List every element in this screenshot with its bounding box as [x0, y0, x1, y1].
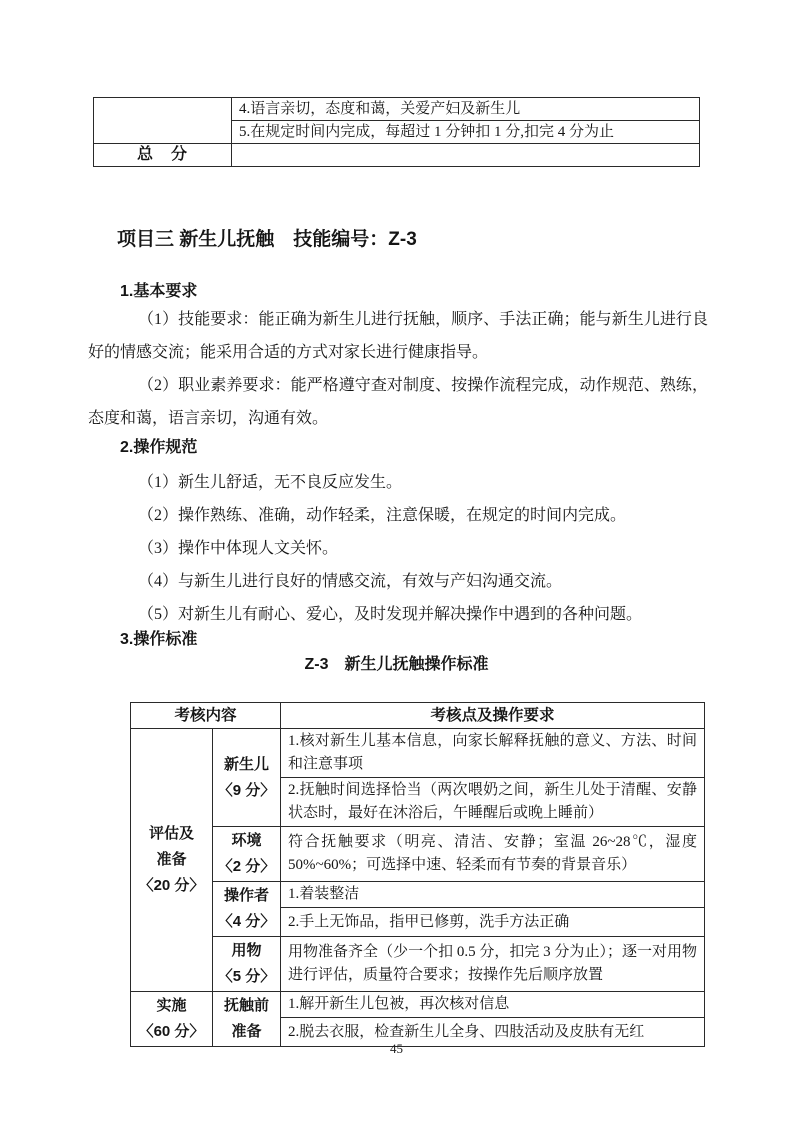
page-number: 45 — [0, 1041, 793, 1057]
cell-newborn-1: 1.核对新生儿基本信息，向家长解释抚触的意义、方法、时间和注意事项 — [281, 729, 705, 778]
header-requirements-cell: 考核点及操作要求 — [281, 703, 705, 729]
group-label-implement: 实施 〈60 分〉 — [131, 992, 213, 1047]
group-label-assess: 评估及 准备 〈20 分〉 — [131, 729, 213, 992]
cell-pretouch-1: 1.解开新生儿包被，再次核对信息 — [281, 992, 705, 1018]
section1-para1: （1）技能要求：能正确为新生儿进行抚触，顺序、手法正确；能与新生儿进行良好的情感… — [88, 303, 708, 369]
section2-item-list: （1）新生儿舒适，无不良反应发生。 （2）操作熟练、准确，动作轻柔，注意保暖，在… — [88, 466, 728, 631]
total-score-label: 总 分 — [94, 144, 232, 167]
group-label-pretouch: 抚触前 准备 — [213, 992, 281, 1047]
section2-heading: 2.操作规范 — [120, 436, 197, 460]
cell-operator-2: 2.手上无饰品，指甲已修剪，洗手方法正确 — [281, 908, 705, 937]
header-content-cell: 考核内容 — [131, 703, 281, 729]
cell-environment-1: 符合抚触要求（明亮、清洁、安静；室温 26~28℃，湿度 50%~60%；可选择… — [281, 827, 705, 882]
standards-table: 考核内容 考核点及操作要求 评估及 准备 〈20 分〉 新生儿 〈9 分〉 1.… — [130, 702, 705, 1047]
section2-item-2: （2）操作熟练、准确，动作轻柔，注意保暖，在规定的时间内完成。 — [88, 499, 728, 532]
total-score-value-cell — [232, 144, 700, 167]
document-page: 4.语言亲切，态度和蔼，关爱产妇及新生儿 5.在规定时间内完成，每超过 1 分钟… — [0, 0, 793, 1122]
cell-supplies-1: 用物准备齐全（少一个扣 0.5 分，扣完 3 分为止）；逐一对用物进行评估，质量… — [281, 937, 705, 992]
group-label-environment: 环境 〈2 分〉 — [213, 827, 281, 882]
group-label-supplies: 用物 〈5 分〉 — [213, 937, 281, 992]
prev-table-row5-text: 5.在规定时间内完成，每超过 1 分钟扣 1 分,扣完 4 分为止 — [232, 121, 700, 144]
section1-heading: 1.基本要求 — [120, 280, 197, 304]
standards-table-caption: Z-3 新生儿抚触操作标准 — [0, 653, 793, 677]
prev-table-row4-text: 4.语言亲切，态度和蔼，关爱产妇及新生儿 — [232, 98, 700, 121]
section1-para2: （2）职业素养要求：能严格遵守查对制度、按操作流程完成，动作规范、熟练，态度和蔼… — [88, 369, 708, 435]
section2-item-3: （3）操作中体现人文关怀。 — [88, 532, 728, 565]
prev-table-empty-cell — [94, 98, 232, 144]
group-label-newborn: 新生儿 〈9 分〉 — [213, 729, 281, 827]
group-label-operator: 操作者 〈4 分〉 — [213, 882, 281, 937]
section3-heading: 3.操作标准 — [120, 628, 197, 652]
cell-operator-1: 1.着装整洁 — [281, 882, 705, 908]
cell-newborn-2: 2.抚触时间选择恰当（两次喂奶之间，新生儿处于清醒、安静状态时，最好在沐浴后，午… — [281, 778, 705, 827]
project-title: 项目三 新生儿抚触 技能编号：Z-3 — [117, 226, 417, 254]
previous-score-table: 4.语言亲切，态度和蔼，关爱产妇及新生儿 5.在规定时间内完成，每超过 1 分钟… — [93, 97, 700, 167]
section2-item-1: （1）新生儿舒适，无不良反应发生。 — [88, 466, 728, 499]
section2-item-5: （5）对新生儿有耐心、爱心，及时发现并解决操作中遇到的各种问题。 — [88, 598, 728, 631]
section2-item-4: （4）与新生儿进行良好的情感交流，有效与产妇沟通交流。 — [88, 565, 728, 598]
